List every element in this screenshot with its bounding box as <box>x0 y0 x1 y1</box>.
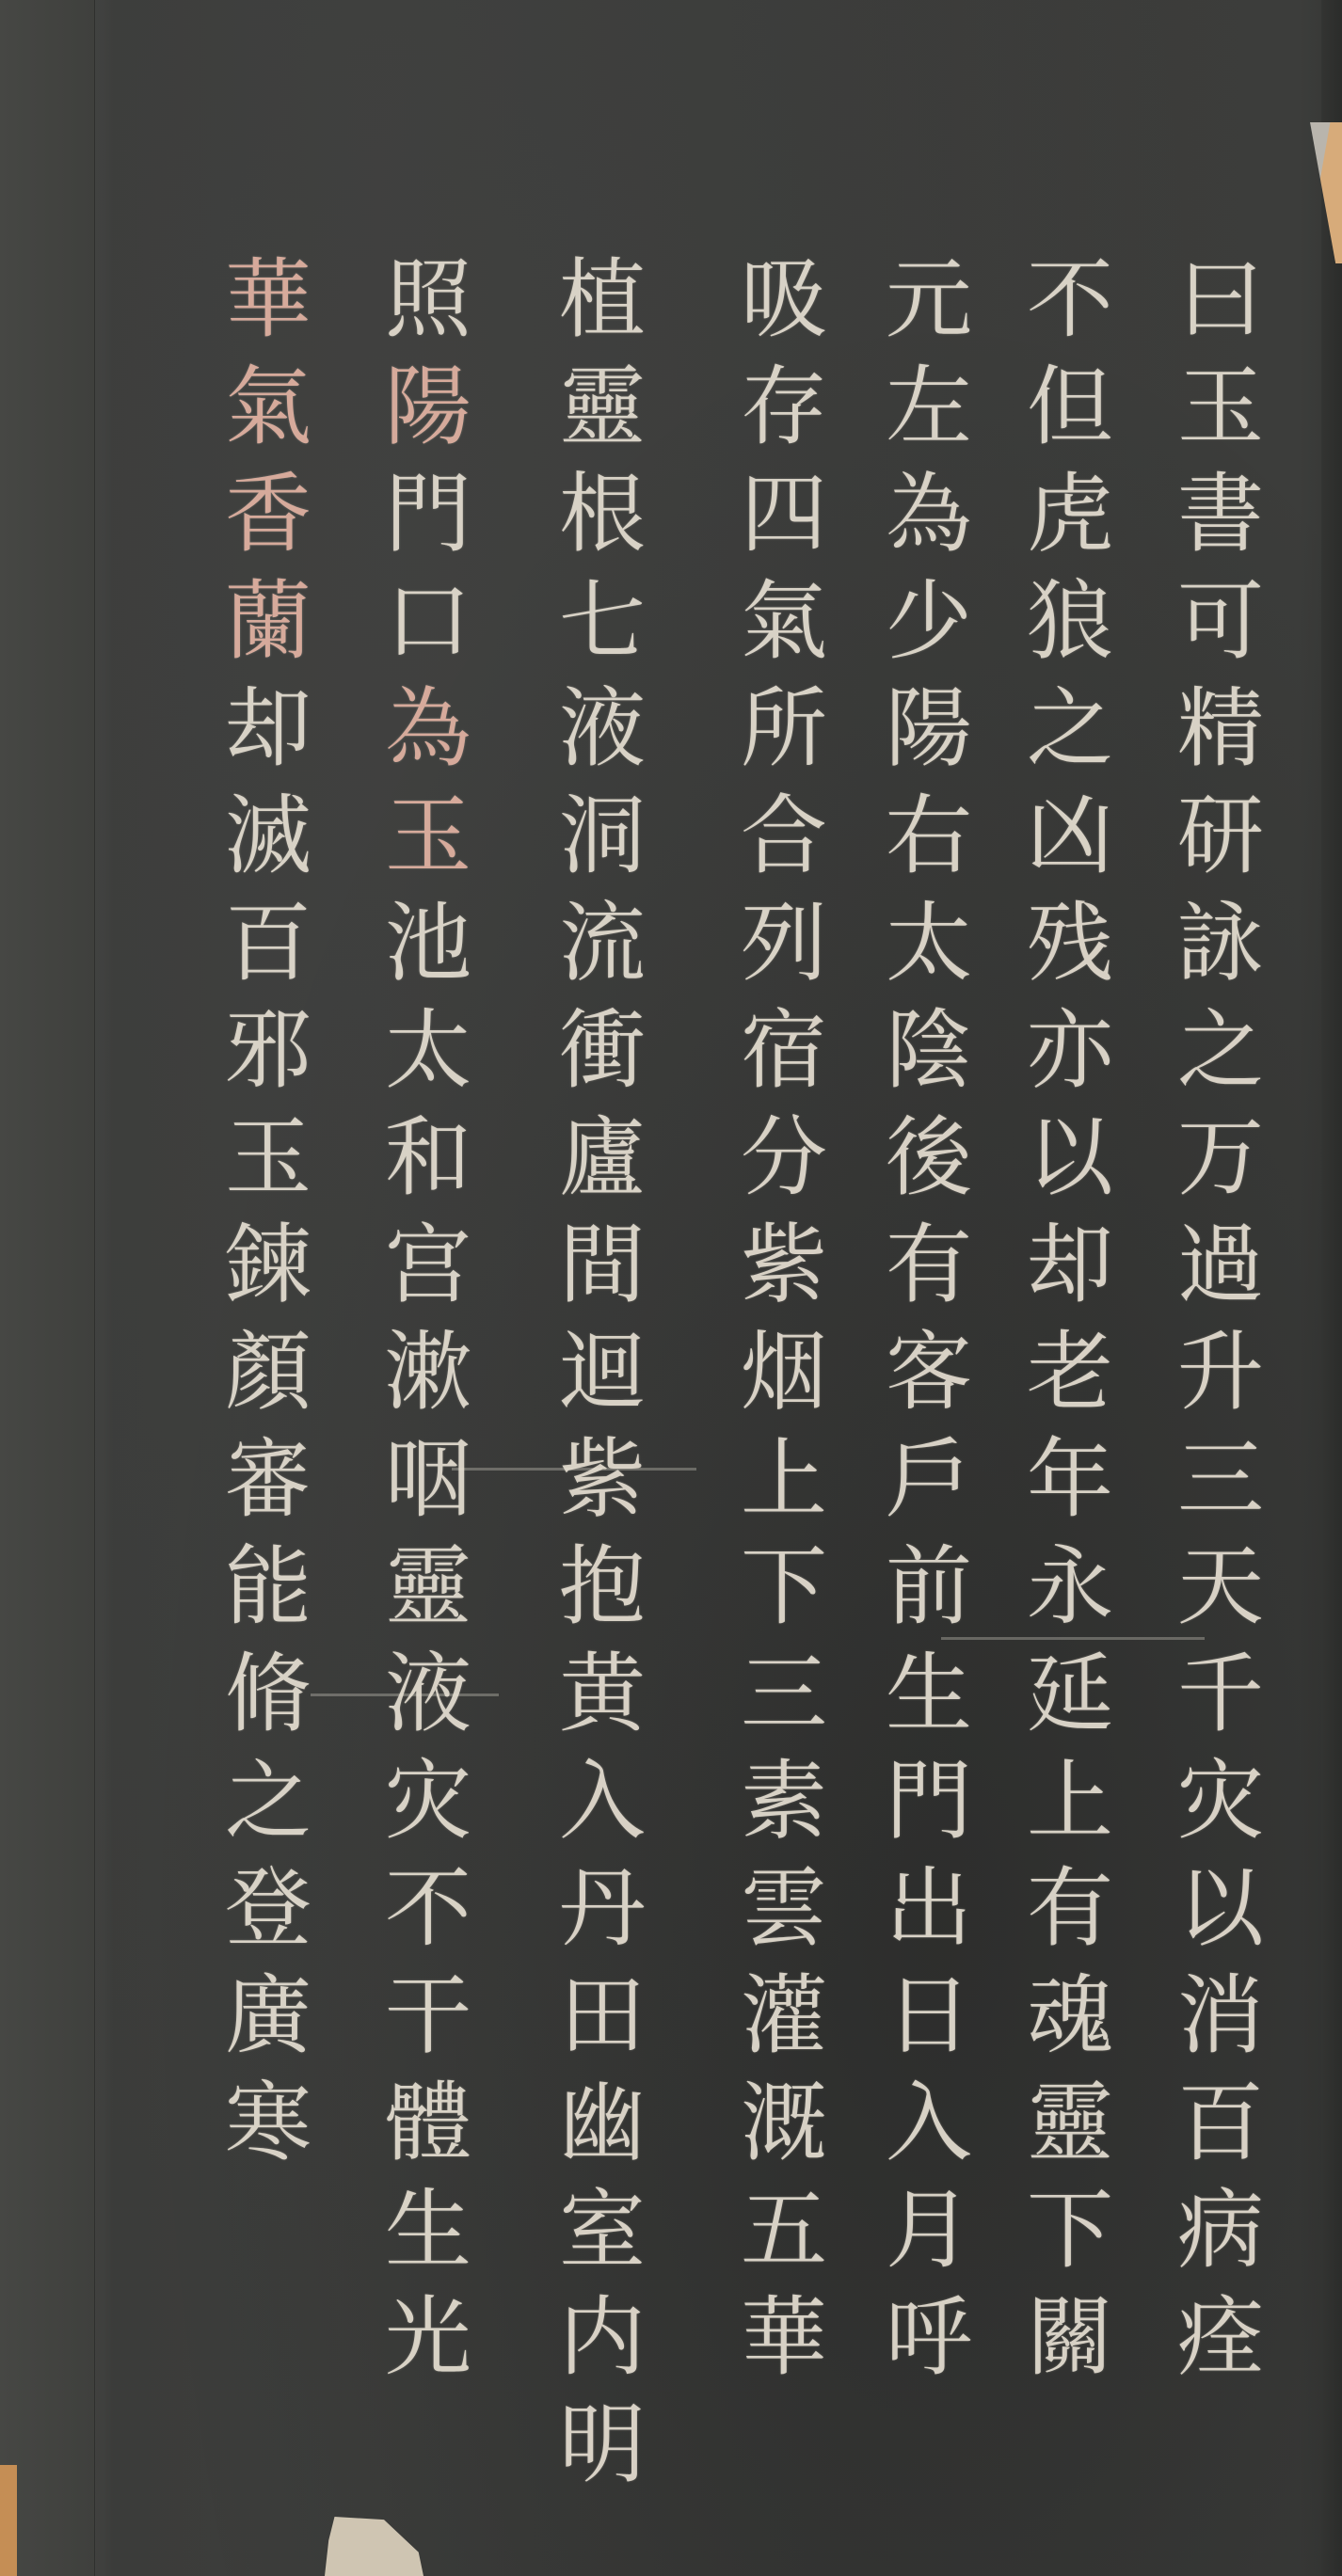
character: 年 <box>999 1426 1141 1534</box>
character: 合 <box>713 783 855 890</box>
character: 衝 <box>532 997 673 1105</box>
character: 灾 <box>358 1748 499 1855</box>
character: 延 <box>999 1641 1141 1748</box>
character: 滅 <box>198 783 339 890</box>
character: 為 <box>858 461 999 568</box>
character: 四 <box>713 461 855 568</box>
character: 左 <box>858 354 999 461</box>
character: 狼 <box>999 568 1141 676</box>
character: 生 <box>358 2177 499 2284</box>
character: 亦 <box>999 997 1141 1105</box>
character: 陽 <box>358 354 499 461</box>
character: 詠 <box>1150 890 1291 997</box>
character: 丹 <box>532 1855 673 1963</box>
character: 灌 <box>713 1963 855 2070</box>
character: 華 <box>198 246 339 354</box>
character: 生 <box>858 1641 999 1748</box>
character: 紫 <box>532 1426 673 1534</box>
character: 雲 <box>713 1855 855 1963</box>
character: 日 <box>858 1963 999 2070</box>
character: 烟 <box>713 1319 855 1426</box>
character: 過 <box>1150 1212 1291 1319</box>
character: 消 <box>1150 1963 1291 2070</box>
character: 黄 <box>532 1641 673 1748</box>
character: 魂 <box>999 1963 1141 2070</box>
character: 千 <box>1150 1641 1291 1748</box>
character: 陰 <box>858 997 999 1105</box>
character: 三 <box>713 1641 855 1748</box>
character: 升 <box>1150 1319 1291 1426</box>
character: 以 <box>1150 1855 1291 1963</box>
character: 之 <box>198 1748 339 1855</box>
character: 宫 <box>358 1212 499 1319</box>
character: 残 <box>999 890 1141 997</box>
character: 入 <box>858 2070 999 2177</box>
character: 口 <box>358 568 499 676</box>
character: 後 <box>858 1105 999 1212</box>
left-margin-strip <box>0 0 95 2576</box>
rubbing-page: 曰玉書可精研詠之万過升三天千灾以消百病痊 不但虎狼之凶残亦以却老年永延上有魂靈下… <box>0 0 1342 2576</box>
character: 照 <box>358 246 499 354</box>
character: 香 <box>198 461 339 568</box>
character: 為 <box>358 676 499 783</box>
character: 出 <box>858 1855 999 1963</box>
character: 體 <box>358 2070 499 2177</box>
character: 病 <box>1150 2177 1291 2284</box>
character: 華 <box>713 2284 855 2392</box>
text-column-2: 不但虎狼之凶残亦以却老年永延上有魂靈下關 <box>999 246 1141 2392</box>
text-column-7: 華氣香蘭却滅百邪玉鍊顏審能脩之登廣寒 <box>198 246 339 2177</box>
character: 廣 <box>198 1963 339 2070</box>
character: 漱 <box>358 1319 499 1426</box>
character: 流 <box>532 890 673 997</box>
character: 太 <box>858 890 999 997</box>
character: 門 <box>358 461 499 568</box>
character: 溉 <box>713 2070 855 2177</box>
character: 老 <box>999 1319 1141 1426</box>
character: 液 <box>358 1641 499 1748</box>
right-edge <box>1321 0 1342 2576</box>
character: 門 <box>858 1748 999 1855</box>
character: 可 <box>1150 568 1291 676</box>
paper-tear-bottom <box>325 2517 423 2576</box>
character: 不 <box>358 1855 499 1963</box>
character: 三 <box>1150 1426 1291 1534</box>
character: 呼 <box>858 2284 999 2392</box>
character: 月 <box>858 2177 999 2284</box>
character: 下 <box>713 1534 855 1641</box>
character: 吸 <box>713 246 855 354</box>
text-column-4: 吸存四氣所合列宿分紫烟上下三素雲灌溉五華 <box>713 246 855 2392</box>
character: 迴 <box>532 1319 673 1426</box>
character: 玉 <box>198 1105 339 1212</box>
character: 和 <box>358 1105 499 1212</box>
character: 池 <box>358 890 499 997</box>
character: 之 <box>999 676 1141 783</box>
character: 百 <box>1150 2070 1291 2177</box>
character: 存 <box>713 354 855 461</box>
character: 内 <box>532 2284 673 2392</box>
character: 靈 <box>358 1534 499 1641</box>
character: 所 <box>713 676 855 783</box>
character: 液 <box>532 676 673 783</box>
character: 以 <box>999 1105 1141 1212</box>
character: 列 <box>713 890 855 997</box>
character: 永 <box>999 1534 1141 1641</box>
character: 右 <box>858 783 999 890</box>
character: 不 <box>999 246 1141 354</box>
character: 玉 <box>1150 354 1291 461</box>
character: 洞 <box>532 783 673 890</box>
character: 上 <box>999 1748 1141 1855</box>
character: 虎 <box>999 461 1141 568</box>
character: 關 <box>999 2284 1141 2392</box>
character: 書 <box>1150 461 1291 568</box>
character: 玉 <box>358 783 499 890</box>
character: 靈 <box>532 354 673 461</box>
character: 戶 <box>858 1426 999 1534</box>
character: 客 <box>858 1319 999 1426</box>
character: 寒 <box>198 2070 339 2177</box>
character: 下 <box>999 2177 1141 2284</box>
text-column-5: 植靈根七液洞流衝廬間迴紫抱黄入丹田幽室内明 <box>532 246 673 2499</box>
character: 登 <box>198 1855 339 1963</box>
character: 入 <box>532 1748 673 1855</box>
character: 間 <box>532 1212 673 1319</box>
character: 明 <box>532 2392 673 2499</box>
character: 有 <box>858 1212 999 1319</box>
character: 室 <box>532 2177 673 2284</box>
character: 曰 <box>1150 246 1291 354</box>
character: 但 <box>999 354 1141 461</box>
character: 干 <box>358 1963 499 2070</box>
character: 却 <box>198 676 339 783</box>
character: 精 <box>1150 676 1291 783</box>
character: 咽 <box>358 1426 499 1534</box>
character: 万 <box>1150 1105 1291 1212</box>
character: 百 <box>198 890 339 997</box>
character: 有 <box>999 1855 1141 1963</box>
character: 却 <box>999 1212 1141 1319</box>
character: 氣 <box>198 354 339 461</box>
character: 顏 <box>198 1319 339 1426</box>
character: 七 <box>532 568 673 676</box>
character: 能 <box>198 1534 339 1641</box>
character: 氣 <box>713 568 855 676</box>
character: 天 <box>1150 1534 1291 1641</box>
text-column-1: 曰玉書可精研詠之万過升三天千灾以消百病痊 <box>1150 246 1291 2392</box>
character: 光 <box>358 2284 499 2392</box>
character: 蘭 <box>198 568 339 676</box>
character: 廬 <box>532 1105 673 1212</box>
character: 凶 <box>999 783 1141 890</box>
character: 五 <box>713 2177 855 2284</box>
text-column-6: 照陽門口為玉池太和宫漱咽靈液灾不干體生光 <box>358 246 499 2392</box>
character: 灾 <box>1150 1748 1291 1855</box>
character: 靈 <box>999 2070 1141 2177</box>
character: 鍊 <box>198 1212 339 1319</box>
character: 審 <box>198 1426 339 1534</box>
character: 太 <box>358 997 499 1105</box>
character: 之 <box>1150 997 1291 1105</box>
character: 紫 <box>713 1212 855 1319</box>
character: 宿 <box>713 997 855 1105</box>
character: 田 <box>532 1963 673 2070</box>
character: 邪 <box>198 997 339 1105</box>
character: 抱 <box>532 1534 673 1641</box>
character: 痊 <box>1150 2284 1291 2392</box>
character: 陽 <box>858 676 999 783</box>
character: 根 <box>532 461 673 568</box>
character: 幽 <box>532 2070 673 2177</box>
exposed-backing-bottom-left <box>0 2465 17 2576</box>
character: 分 <box>713 1105 855 1212</box>
character: 上 <box>713 1426 855 1534</box>
character: 素 <box>713 1748 855 1855</box>
character: 少 <box>858 568 999 676</box>
text-column-3: 元左為少陽右太陰後有客戶前生門出日入月呼 <box>858 246 999 2392</box>
character: 脩 <box>198 1641 339 1748</box>
character: 研 <box>1150 783 1291 890</box>
character: 元 <box>858 246 999 354</box>
character: 前 <box>858 1534 999 1641</box>
character: 植 <box>532 246 673 354</box>
